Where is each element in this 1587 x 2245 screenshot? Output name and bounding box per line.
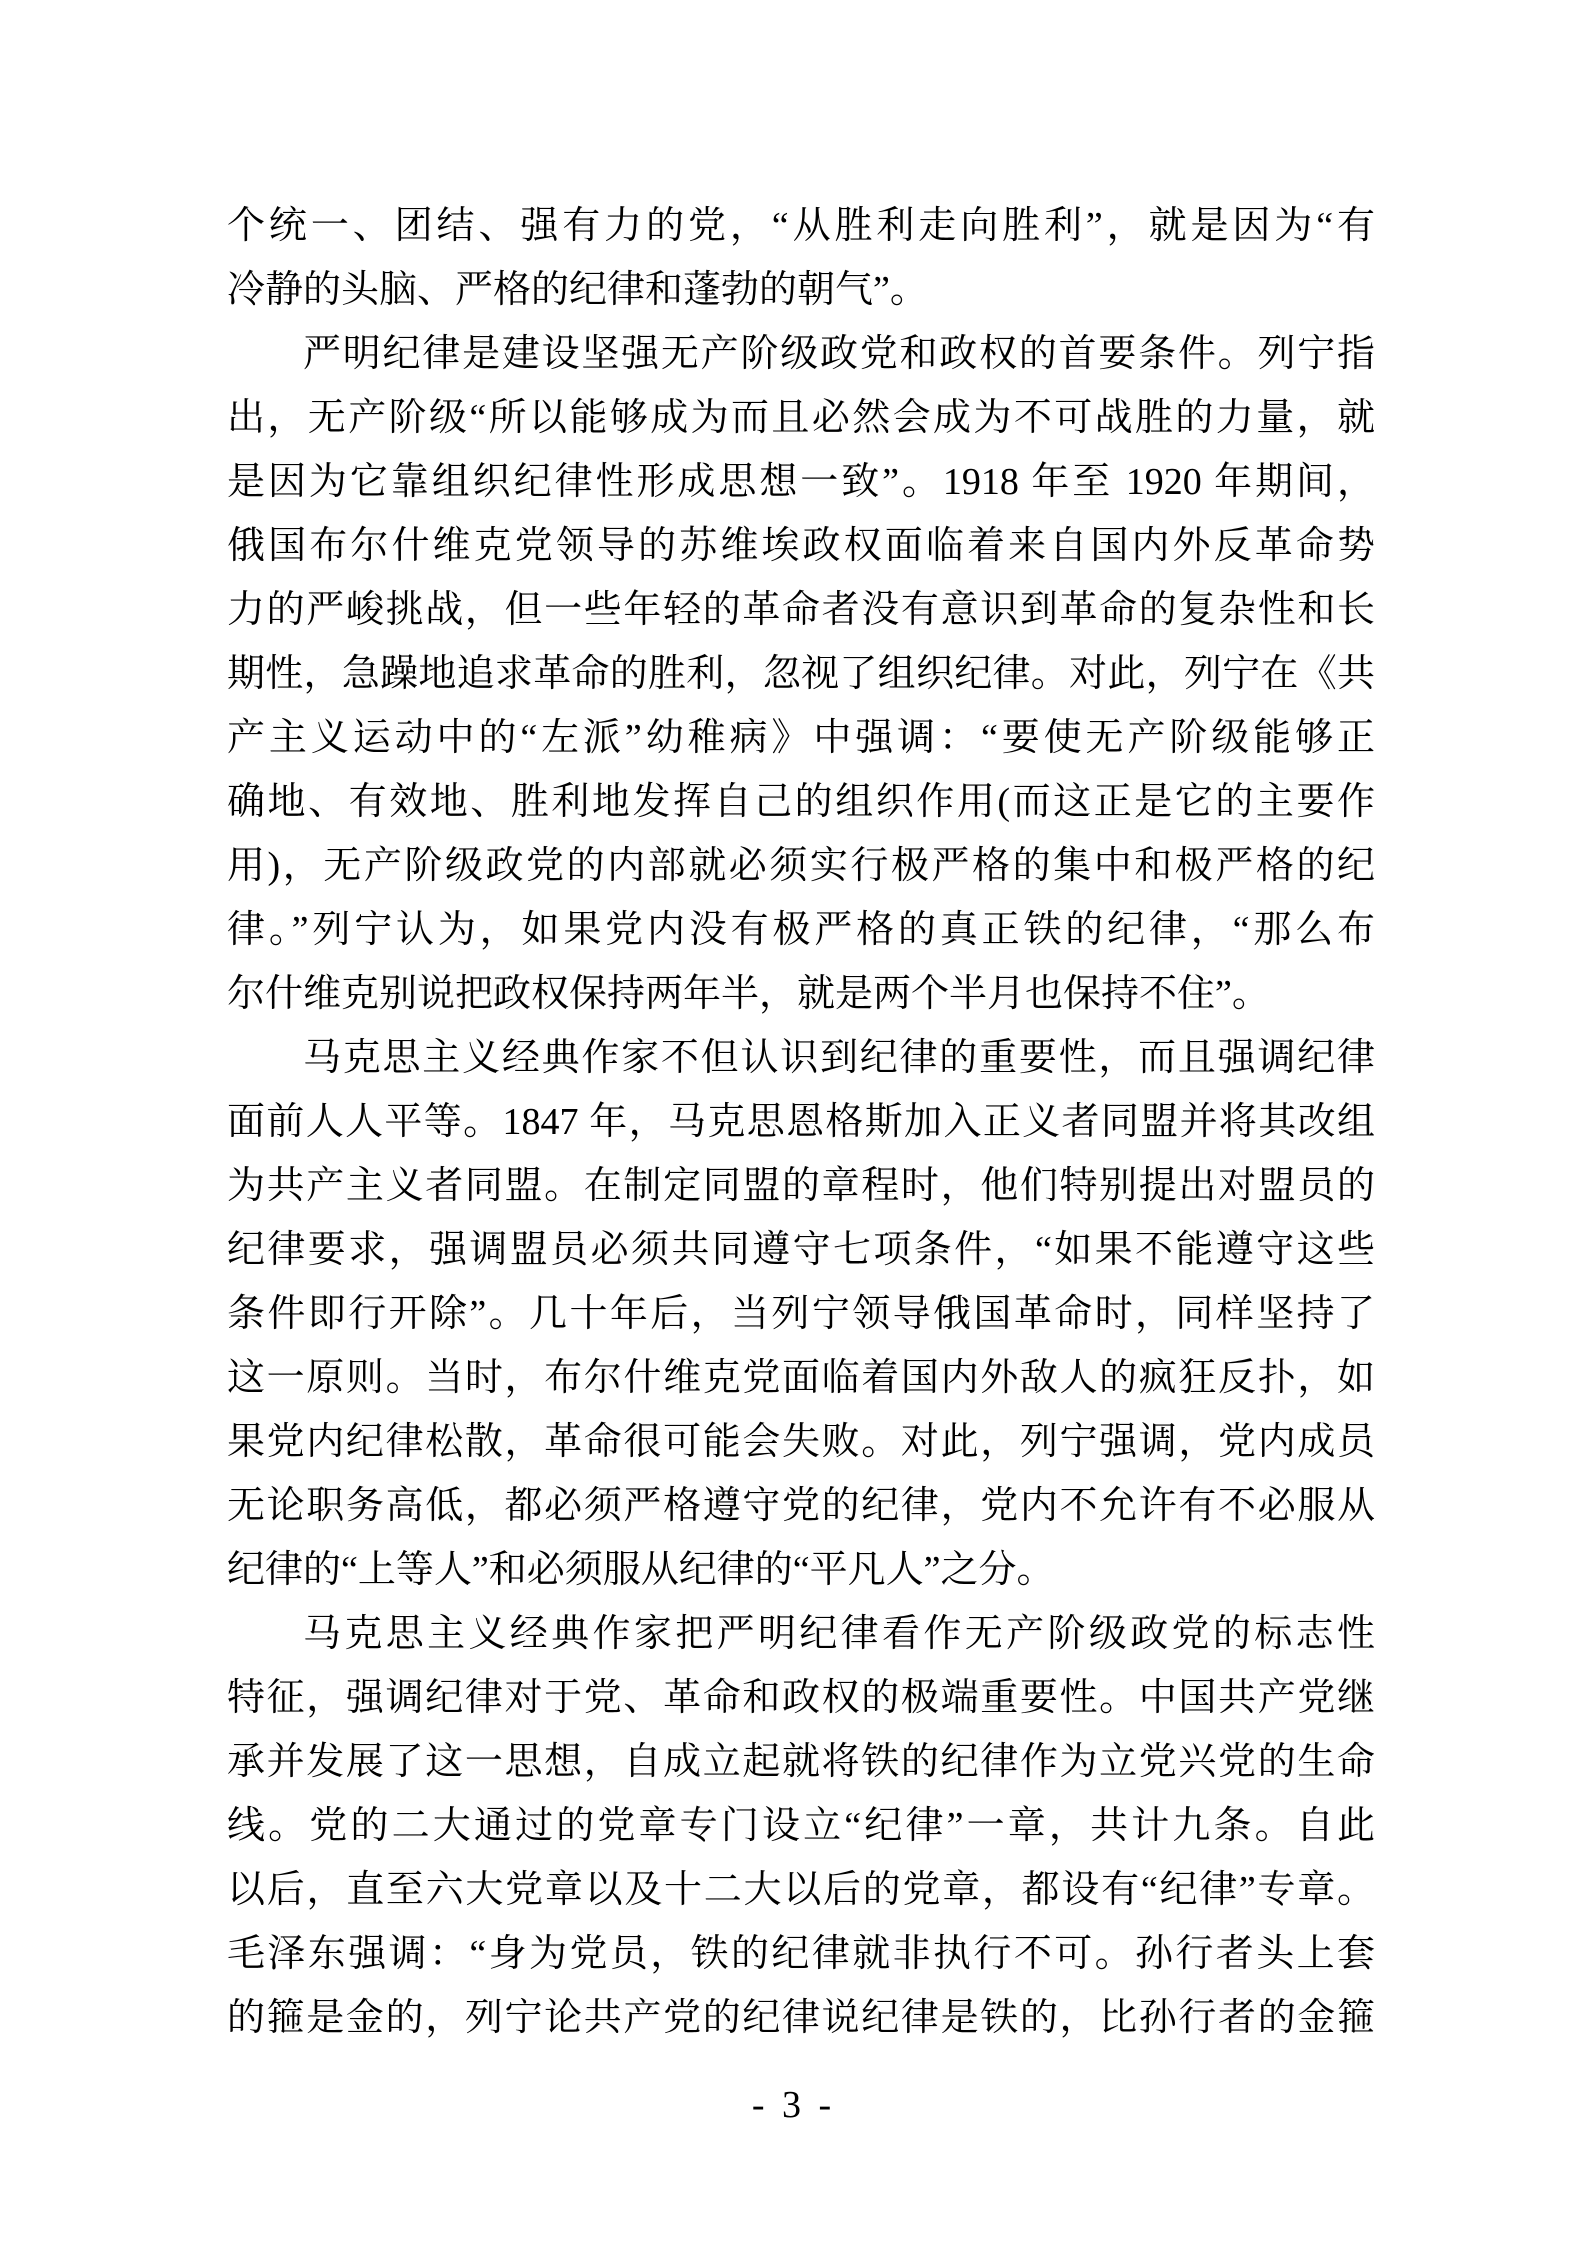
document-page: 个统一、团结、强有力的党，“从胜利走向胜利”，就是因为“有 冷静的头脑、严格的纪… xyxy=(0,0,1587,2245)
text-line: 果党内纪律松散，革命很可能会失败。对此，列宁强调，党内成员 xyxy=(227,1410,1375,1474)
text-line: 这一原则。当时，布尔什维克党面临着国内外敌人的疯狂反扑，如 xyxy=(227,1346,1375,1410)
text-line: 承并发展了这一思想，自成立起就将铁的纪律作为立党兴党的生命 xyxy=(227,1730,1375,1794)
page-number: - 3 - xyxy=(0,2073,1587,2137)
text-line: 以后，直至六大党章以及十二大以后的党章，都设有“纪律”专章。 xyxy=(227,1858,1375,1922)
text-line: 是因为它靠组织纪律性形成思想一致”。1918 年至 1920 年期间， xyxy=(227,450,1375,514)
text-line: 马克思主义经典作家不但认识到纪律的重要性，而且强调纪律 xyxy=(227,1026,1375,1090)
text-line: 期性，急躁地追求革命的胜利，忽视了组织纪律。对此，列宁在《共 xyxy=(227,642,1375,706)
page-body-text: 个统一、团结、强有力的党，“从胜利走向胜利”，就是因为“有 冷静的头脑、严格的纪… xyxy=(227,194,1375,2050)
text-line: 产主义运动中的“左派”幼稚病》中强调：“要使无产阶级能够正 xyxy=(227,706,1375,770)
text-line: 的箍是金的，列宁论共产党的纪律说纪律是铁的，比孙行者的金箍 xyxy=(227,1986,1375,2050)
text-line: 纪律要求，强调盟员必须共同遵守七项条件，“如果不能遵守这些 xyxy=(227,1218,1375,1282)
text-line: 严明纪律是建设坚强无产阶级政党和政权的首要条件。列宁指 xyxy=(227,322,1375,386)
text-line: 力的严峻挑战，但一些年轻的革命者没有意识到革命的复杂性和长 xyxy=(227,578,1375,642)
text-line: 马克思主义经典作家把严明纪律看作无产阶级政党的标志性 xyxy=(227,1602,1375,1666)
text-line: 出，无产阶级“所以能够成为而且必然会成为不可战胜的力量，就 xyxy=(227,386,1375,450)
text-line: 面前人人平等。1847 年，马克思恩格斯加入正义者同盟并将其改组 xyxy=(227,1090,1375,1154)
text-line: 用)，无产阶级政党的内部就必须实行极严格的集中和极严格的纪 xyxy=(227,834,1375,898)
text-line: 为共产主义者同盟。在制定同盟的章程时，他们特别提出对盟员的 xyxy=(227,1154,1375,1218)
text-line: 确地、有效地、胜利地发挥自己的组织作用(而这正是它的主要作 xyxy=(227,770,1375,834)
text-line: 特征，强调纪律对于党、革命和政权的极端重要性。中国共产党继 xyxy=(227,1666,1375,1730)
text-line: 冷静的头脑、严格的纪律和蓬勃的朝气”。 xyxy=(227,258,1375,322)
text-line: 律。”列宁认为，如果党内没有极严格的真正铁的纪律，“那么布 xyxy=(227,898,1375,962)
text-line: 个统一、团结、强有力的党，“从胜利走向胜利”，就是因为“有 xyxy=(227,194,1375,258)
text-line: 条件即行开除”。几十年后，当列宁领导俄国革命时，同样坚持了 xyxy=(227,1282,1375,1346)
text-line: 线。党的二大通过的党章专门设立“纪律”一章，共计九条。自此 xyxy=(227,1794,1375,1858)
text-line: 无论职务高低，都必须严格遵守党的纪律，党内不允许有不必服从 xyxy=(227,1474,1375,1538)
text-line: 俄国布尔什维克党领导的苏维埃政权面临着来自国内外反革命势 xyxy=(227,514,1375,578)
text-line: 尔什维克别说把政权保持两年半，就是两个半月也保持不住”。 xyxy=(227,962,1375,1026)
text-line: 毛泽东强调：“身为党员，铁的纪律就非执行不可。孙行者头上套 xyxy=(227,1922,1375,1986)
text-line: 纪律的“上等人”和必须服从纪律的“平凡人”之分。 xyxy=(227,1538,1375,1602)
